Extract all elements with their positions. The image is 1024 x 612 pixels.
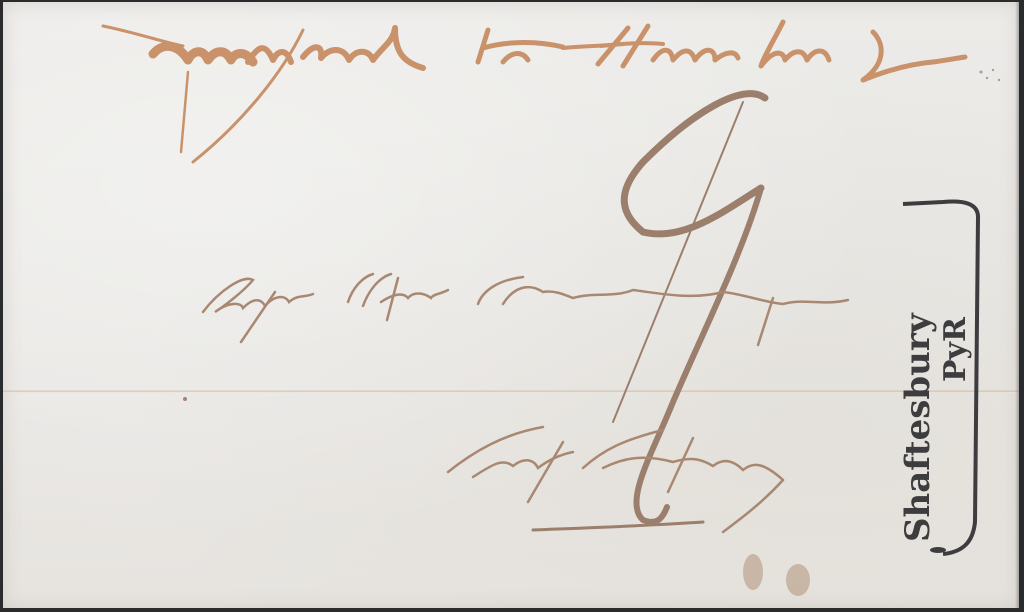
address-line-2-ink (448, 427, 783, 532)
ink-layer: Shaftesbury PyR (3, 2, 1019, 608)
letter-cover: Shaftesbury PyR missent to Hunsledge Mes… (3, 2, 1019, 608)
charge-numeral (533, 94, 765, 530)
handstamp-town: Shaftesbury (898, 312, 938, 542)
missent-inscription (103, 22, 965, 162)
shaftesbury-handstamp: Shaftesbury PyR (898, 202, 978, 554)
handstamp-code: PyR (938, 316, 973, 382)
paper-stains (183, 397, 810, 596)
address-line-1-ink (203, 274, 848, 345)
dotted-marks (980, 69, 1001, 81)
